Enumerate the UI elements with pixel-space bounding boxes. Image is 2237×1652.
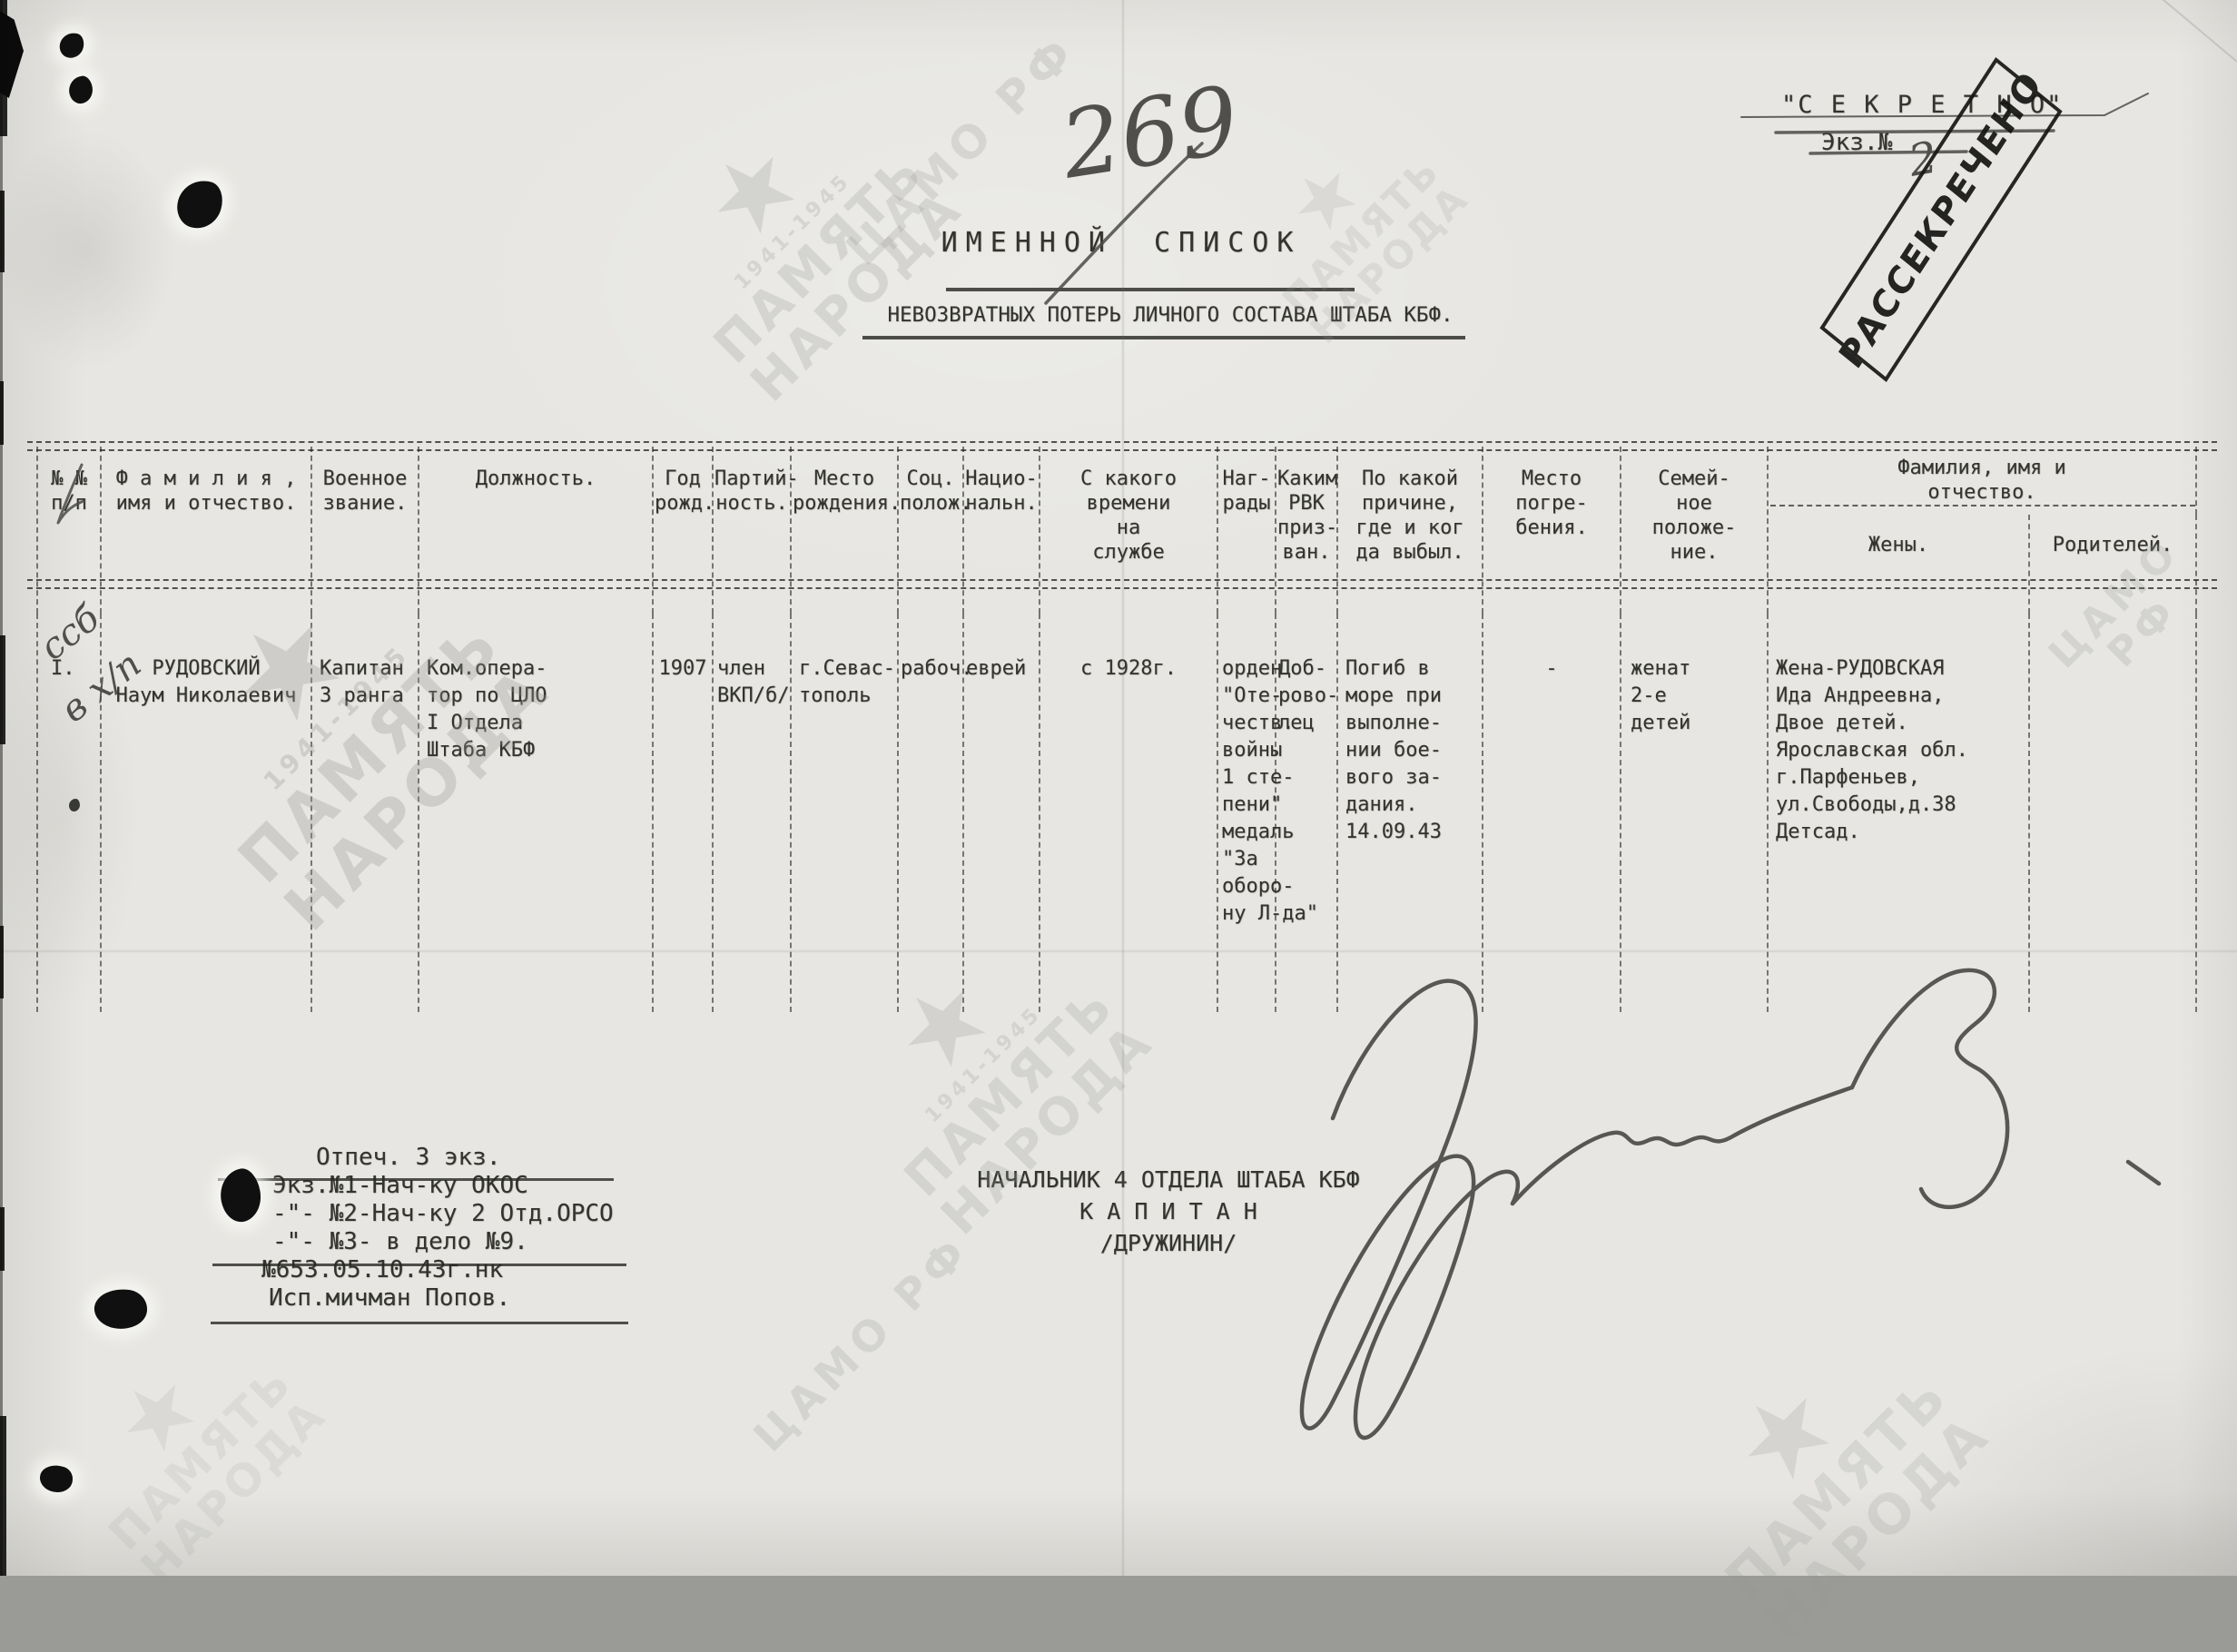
subtitle-underline [862, 336, 1465, 339]
fold-crease-horizontal [0, 949, 2237, 953]
signature-scrawl [1302, 970, 2159, 1438]
losses-table: № № п/п Ф а м и л и я , имя и отчество. … [36, 447, 2197, 1012]
scan-edge [0, 381, 4, 445]
col-header-wife: Жены. [1769, 515, 2030, 614]
document-page: "С Е К Р Е Т Н О" Экз.№ РАССЕКРЕЧЕНО ИМЕ… [0, 0, 2237, 1576]
distribution-rule-1 [218, 1178, 614, 1181]
signatory-rank: К А П И Т А Н [955, 1195, 1382, 1227]
dist-line-copies: Отпеч. 3 экз. [261, 1144, 688, 1172]
group-header-rule [1770, 505, 2195, 506]
scan-edge [0, 926, 4, 998]
distribution-rule-2 [212, 1264, 626, 1266]
dist-line-number: №653.05.10.43г.нк [261, 1256, 688, 1284]
scan-edge [0, 1207, 5, 1271]
scan-edge [0, 191, 5, 272]
copy-number-label: Экз.№ [1821, 129, 1892, 156]
watermark-pamyat-naroda: ★ ПАМЯТЬ НАРОДА [46, 1303, 334, 1576]
paper-tear [92, 1285, 150, 1332]
fold-crease-diagonal [2092, 0, 2237, 116]
scan-edge [0, 0, 7, 136]
signatory-name: /ДРУЖИНИН/ [955, 1227, 1382, 1259]
dist-line-copy2: -"- №2-Нач-ку 2 Отд.ОРСО [261, 1200, 688, 1228]
star-icon: ★ [1229, 103, 1420, 294]
distribution-rule-3 [211, 1322, 628, 1324]
paper-tear [172, 174, 227, 233]
star-icon: ★ [46, 1303, 269, 1526]
distribution-block: Отпеч. 3 экз. Экз.№1-Нач-ку ОКОС -"- №2-… [261, 1144, 688, 1313]
col-header-parents: Родителей. [2030, 515, 2197, 614]
title-underline [946, 288, 1355, 291]
paper-tear [216, 1166, 264, 1225]
paper-tear [67, 74, 94, 104]
fold-crease-vertical [1121, 0, 1125, 1576]
signatory-title: НАЧАЛЬНИК 4 ОТДЕЛА ШТАБА КБФ [955, 1164, 1382, 1195]
document-subtitle: НЕВОЗВРАТНЫХ ПОТЕРЬ ЛИЧНОГО СОСТАВА ШТАБ… [867, 303, 1473, 327]
scan-edge [0, 1416, 6, 1576]
dist-line-copy3: -"- №3- в дело №9. [261, 1228, 688, 1256]
paper-tear [57, 31, 85, 61]
watermark-pamyat-naroda: ★ ПАМЯТЬ НАРОДА [1650, 1300, 1999, 1576]
star-icon: ★ [626, 64, 880, 319]
paper-tear [36, 1460, 76, 1498]
scan-edge [0, 635, 5, 744]
watermark-tsamo: ЦАМО РФ [746, 1227, 979, 1460]
page-number-handwritten: 269 [1053, 66, 1246, 201]
star-icon: ★ [1650, 1300, 1920, 1570]
dist-line-executor: Исп.мичман Попов. [261, 1284, 688, 1313]
signature-block: НАЧАЛЬНИК 4 ОТДЕЛА ШТАБА КБФ К А П И Т А… [955, 1164, 1382, 1259]
dist-line-copy1: Экз.№1-Нач-ку ОКОС [261, 1172, 688, 1200]
